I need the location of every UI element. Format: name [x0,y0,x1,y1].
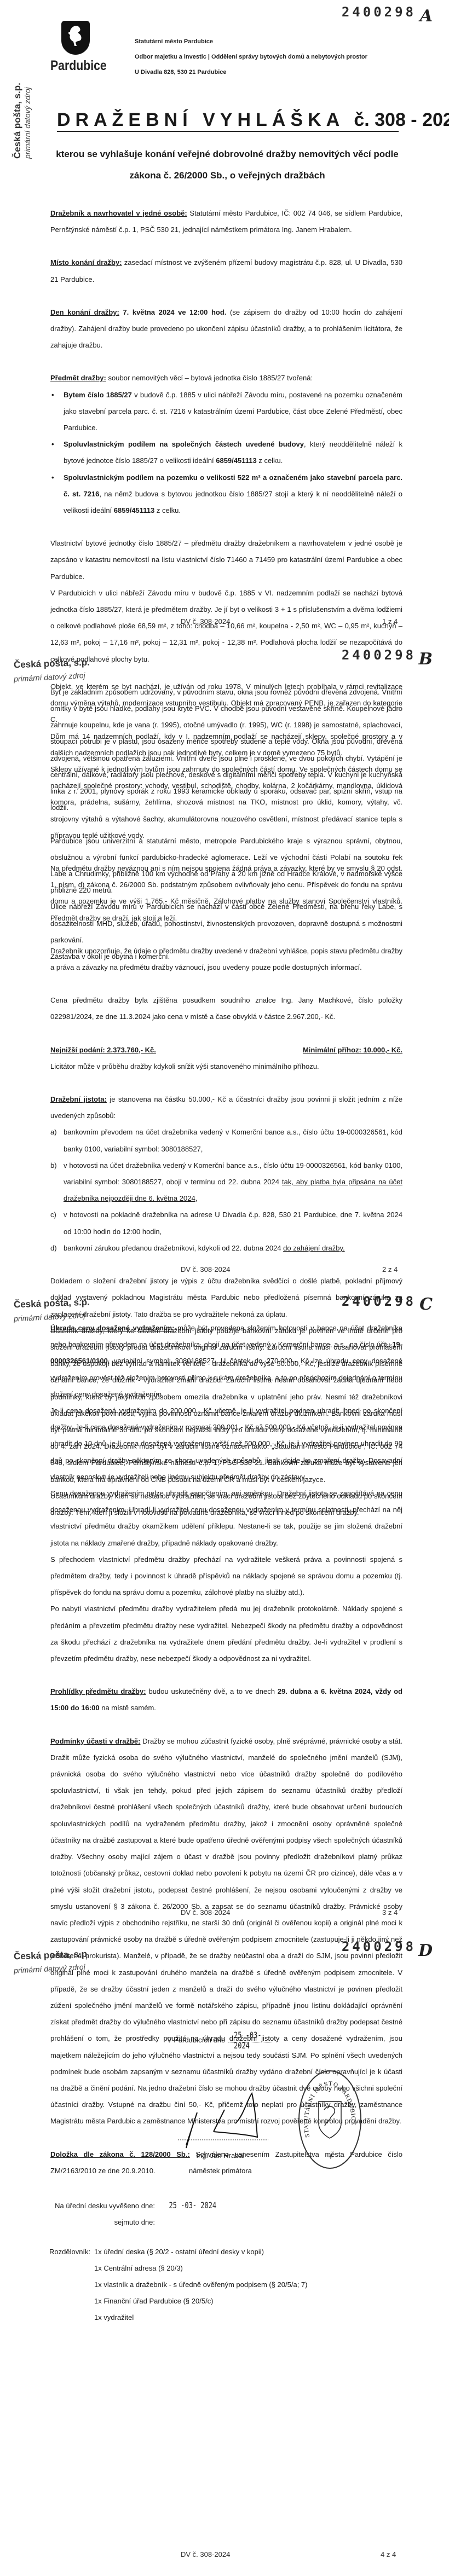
pardubice-logo: Pardubice [50,21,100,74]
ceska-posta-title: Česká pošta, s.p. [14,657,90,671]
distribution-list: Rozdělovník:1x úřední deska (§ 20/2 - os… [49,2244,307,2326]
signature-icon [175,2085,268,2151]
title-main: DRAŽEBNÍ VYHLÁŠKA [57,109,344,130]
deadlines-paragraph: Je-li cena dosažená vydražením do 200.00… [50,1403,402,1485]
signer-name: Ing. Jan Hrabal [189,2148,252,2163]
footer-doc-label: DV č. 308-2024 [181,617,230,626]
list-item: Bytem číslo 1885/27 v budově č.p. 1885 v… [50,387,402,437]
ceska-posta-subtitle: primární datový zdroj [14,1962,90,1975]
reference-stamp: 2400298 [342,1294,416,1309]
ownership-paragraph: Vlastnictví bytové jednotky číslo 1885/2… [50,535,402,585]
list-item: c)v hotovosti na pokladně dražebníka na … [50,1207,402,1240]
item-text: z celku. [154,506,181,514]
stamp-letter: D [418,1941,433,1960]
item-underlined: do zahájení dražby. [283,1244,345,1252]
horse-crest-icon [61,21,90,55]
section-label: Podmínky účasti v dražbě: [50,1737,140,1745]
distribution-item: 1x vlastník a dražebník - s úředně ověře… [49,2277,307,2293]
warning-paragraph: Dražebník upozorňuje, že údaje o předmět… [50,943,402,976]
stamp-letter: A [420,7,433,26]
auctioneer-section: Dražebník a navrhovatel v jedné osobě: S… [50,205,402,238]
subtitle-line: zákona č. 26/2000 Sb., o veřejných dražb… [49,165,405,186]
footer-doc-label: DV č. 308-2024 [181,1908,230,1917]
item-text: z celku. [257,456,283,465]
price-paragraph: Cena předmětu dražby byla zjištěna posud… [50,992,402,1025]
page-number: 1 z 4 [382,617,398,626]
svg-text:+: + [328,2153,333,2161]
section-text: soubor nemovitých věcí – bytová jednotka… [106,374,313,382]
distribution-item: 1x Centrální adresa (§ 20/3) [49,2260,307,2277]
subject-list: Bytem číslo 1885/27 v budově č.p. 1885 v… [50,387,402,519]
list-item: d)bankovní zárukou předanou dražebníkovi… [50,1240,402,1257]
deposit-section: Dražební jistota: je stanovena na částku… [50,1091,402,1124]
place-date-label: V Pardubicích dne [167,2036,225,2044]
bid-row: Nejnižší podání: 2.373.760,- Kč. Minimál… [50,1042,402,1058]
section-label: Den konání dražby: [50,308,119,316]
signer-role: náměstek primátora [189,2163,252,2179]
offset-paragraph: Cenu dosaženou vydražením nelze uhradit … [50,1485,402,1552]
item-marker: a) [50,1124,57,1141]
item-marker: c) [50,1207,56,1223]
org-address: U Divadla 828, 530 21 Pardubice [135,65,367,80]
ceska-posta-label: Česká pošta, s.p. primární datový zdroj [14,658,90,681]
item-marker: d) [50,1240,57,1257]
subject-section: Předmět dražby: soubor nemovitých věcí –… [50,370,402,386]
reference-stamp: 2400298 [342,4,416,20]
page-1: 2400298 A Česká pošta, s.p. primární dat… [0,0,449,629]
document-title: DRAŽEBNÍ VYHLÁŠKA č. 308 - 2024, [57,109,399,132]
removed-row: sejmuto dne: [48,2214,224,2231]
section-label: Dražebník a navrhovatel v jedné osobě: [50,209,187,217]
item-bold: Spoluvlastnickým podílem na společných č… [64,440,304,448]
distribution-item: 1x úřední deska (§ 20/2 - ostatní úřední… [94,2248,264,2256]
list-item: a)bankovním převodem na účet dražebníka … [50,1124,402,1157]
reference-stamp: 2400298 [342,647,416,663]
reference-stamp: 2400298 [342,1939,416,1954]
section-text: budou uskutečněny dvě, a to ve dnech [146,1687,278,1695]
lowest-bid: Nejnižší podání: 2.373.760,- Kč. [50,1042,156,1058]
ceska-posta-label: Česká pošta, s.p. primární datový zdroj [14,1950,90,1973]
min-increment: Minimální příhoz: 10.000,- Kč. [303,1042,402,1058]
org-department: Odbor majetku a investic | Oddělení sprá… [135,49,367,65]
seal-icon: STATUTÁRNÍ MĚSTO PARDUBICE + [300,2071,360,2168]
payment-section: Úhrada ceny dosažené vydražením: může bý… [50,1320,402,1403]
footer-doc-label: DV č. 308-2024 [181,1265,230,1273]
increment-note: Licitátor může v průběhu dražby kdykoli … [50,1058,402,1075]
date-line: 25 -03- 2024 [228,2042,272,2042]
ceska-posta-subtitle: primární datový zdroj [23,27,32,159]
date-section: Den konání dražby: 7. května 2024 ve 12:… [50,304,402,354]
transfer-paragraph: S přechodem vlastnictví předmětu dražby … [50,1552,402,1601]
signing-place-date: V Pardubicích dne 25 -03- 2024 [167,2036,272,2044]
item-marker: b) [50,1157,57,1174]
list-item: b)v hotovosti na účet dražebníka vedený … [50,1157,402,1207]
organization-address: Statutární město Pardubice Odbor majetku… [135,34,367,80]
svg-text:STATUTÁRNÍ MĚSTO PARDUBICE: STATUTÁRNÍ MĚSTO PARDUBICE [303,2081,356,2138]
logo-text: Pardubice [50,58,93,74]
page-number: 2 z 4 [382,1265,398,1273]
item-bold: 6859/451113 [114,506,154,514]
stamp-letter: B [419,650,433,669]
official-seal: STATUTÁRNÍ MĚSTO PARDUBICE + [298,2070,361,2169]
section-label: Předmět dražby: [50,374,106,382]
list-item: Spoluvlastnickým podílem na společných č… [50,436,402,469]
section-label: Dražební jistota: [50,1095,107,1103]
item-bold: Bytem číslo 1885/27 [64,391,132,399]
distribution-item: 1x Finanční úřad Pardubice (§ 20/5/c) [49,2293,307,2309]
floors-paragraph: Dům má 14 nadzemních podlaží, kdy v I. n… [50,728,402,761]
list-item: Spoluvlastnickým podílem na pozemku o ve… [50,470,402,519]
document-subtitle: kterou se vyhlašuje konání veřejné dobro… [49,143,405,186]
distribution-item: 1x vydražitel [49,2309,307,2326]
page-3: 2400298 C Česká pošta, s.p. primární dat… [0,1293,449,1927]
posted-date: 25 -03- 2024 [169,2197,216,2214]
section-label: Prohlídky předmětu dražby: [50,1687,146,1695]
page-number: 3 z 4 [382,1908,398,1917]
distribution-label: Rozdělovník: [49,2244,94,2260]
signer-block: Ing. Jan Hrabal náměstek primátora [189,2148,252,2179]
ceska-posta-label: Česká pošta, s.p. primární datový zdroj [14,1298,90,1321]
item-text: , [195,1194,198,1202]
ceska-posta-title: Česká pošta, s.p. [12,27,23,159]
page-2: 2400298 B Česká pošta, s.p. primární dat… [0,643,449,1289]
deposit-options: a)bankovním převodem na účet dražebníka … [50,1124,402,1257]
ceska-posta-label: Česká pošta, s.p. primární datový zdroj [12,27,45,159]
place-section: Místo konání dražby: zasedací místnost v… [50,254,402,287]
section-label: Úhrada ceny dosažené vydražením: [50,1324,175,1332]
handover-paragraph: Po nabytí vlastnictví předmětu dražby vy… [50,1601,402,1667]
stamp-letter: C [419,1295,433,1314]
item-text: bankovní zárukou předanou dražebníkovi, … [64,1244,283,1252]
notice-board-dates: Na úřední desku vyvěšeno dne: 25 -03- 20… [48,2197,224,2231]
item-text: bankovním převodem na účet dražebníka ve… [64,1128,402,1153]
section-text: na místě samém. [100,1704,156,1712]
building-paragraph: Objekt, ve kterém se byt nachází, je uží… [50,679,402,728]
posted-row: Na úřední desku vyvěšeno dne: 25 -03- 20… [48,2197,224,2214]
section-label: Místo konání dražby: [50,258,122,267]
posted-label: Na úřední desku vyvěšeno dne: [48,2198,155,2214]
ceska-posta-title: Česká pošta, s.p. [14,1297,90,1311]
subtitle-line: kterou se vyhlašuje konání veřejné dobro… [49,143,405,165]
removed-label: sejmuto dne: [48,2214,155,2231]
viewing-section: Prohlídky předmětu dražby: budou uskuteč… [50,1683,402,1716]
page-number: 4 z 4 [381,2550,396,2558]
date-stamp: 25 -03- 2024 [234,2030,267,2051]
item-bold: 6859/451113 [216,456,256,465]
cellars-paragraph: Sklepy užívané k jednotlivým bytům jsou … [50,761,402,844]
encumbrance-paragraph: Na předmětu dražby neváznou ani s ním ne… [50,860,402,927]
auction-datetime: 7. května 2024 ve 12:00 hod. [119,308,227,316]
item-text: v hotovosti na pokladně dražebníka na ad… [64,1211,402,1235]
footer-doc-label: DV č. 308-2024 [181,2550,230,2558]
org-name: Statutární město Pardubice [135,34,367,49]
title-number: č. 308 - 2024, [354,109,449,130]
ceska-posta-title: Česká pošta, s.p. [14,1949,90,1963]
